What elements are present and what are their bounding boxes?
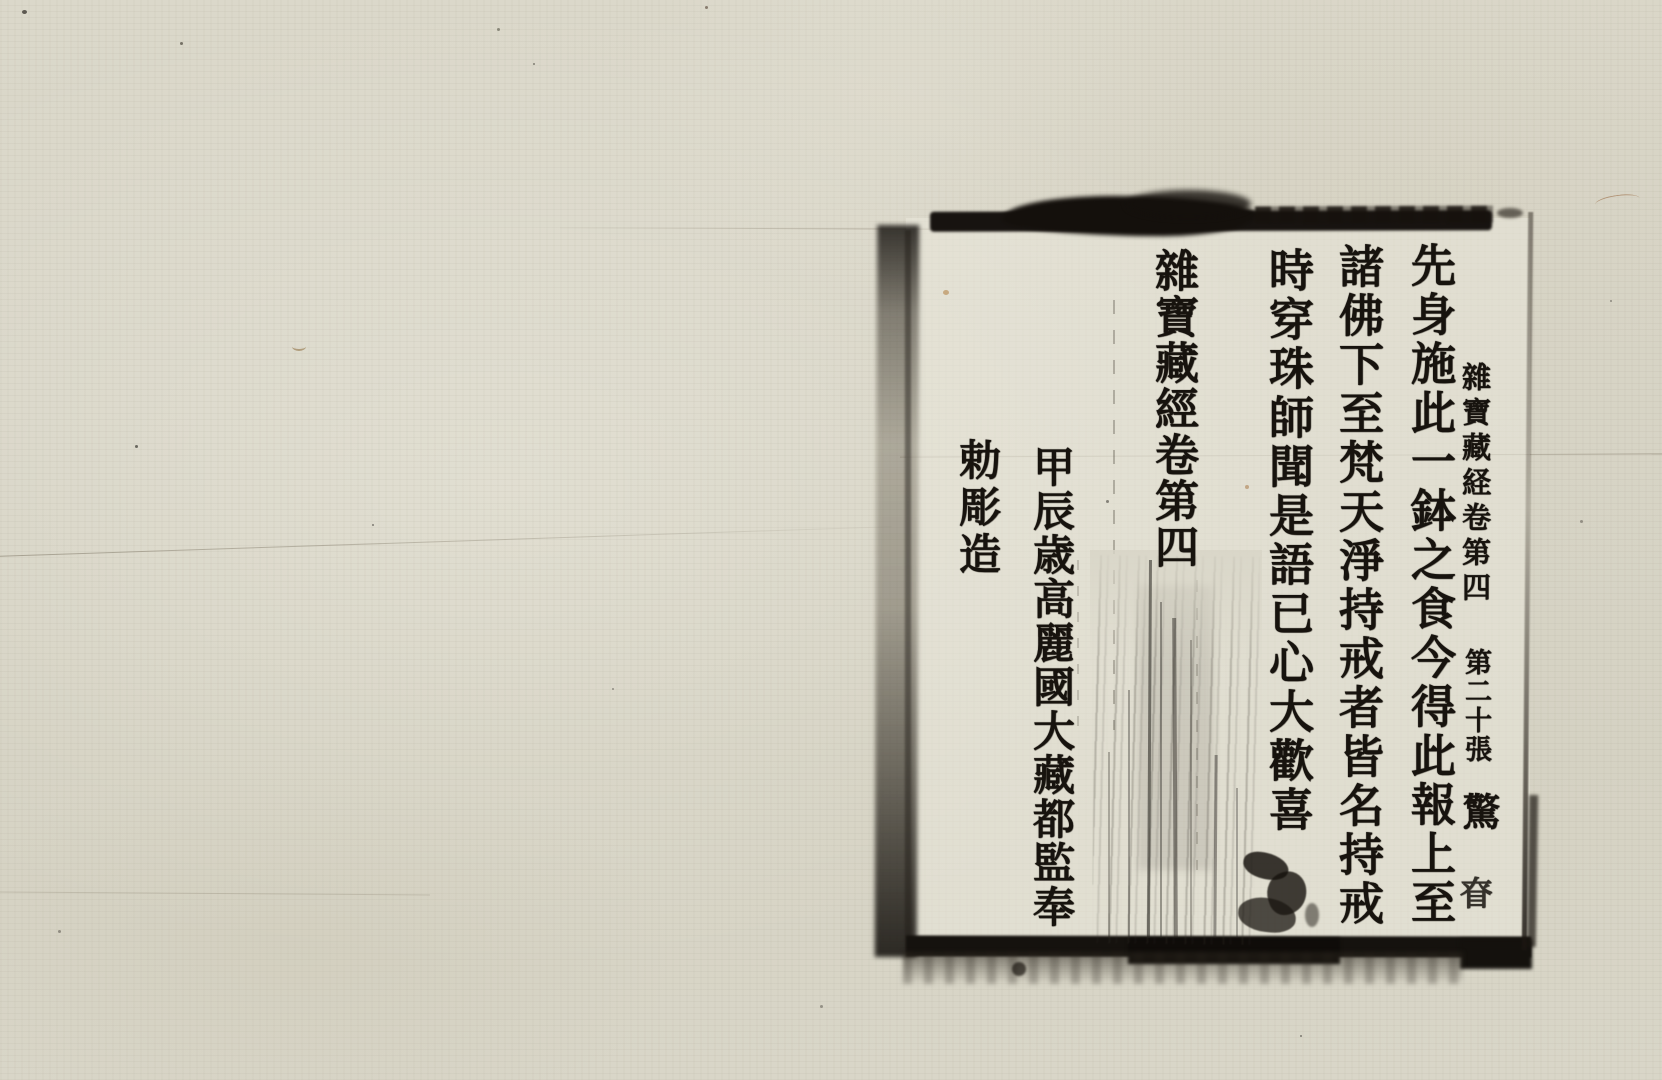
paper-speck	[135, 445, 138, 448]
paper-speck	[22, 10, 27, 14]
top-border-smudge	[1497, 208, 1523, 218]
left-border-smudge	[875, 225, 920, 957]
margin-sheet-number: 第二十張	[1456, 648, 1495, 764]
paper-speck	[180, 42, 183, 45]
paper-speck	[533, 63, 535, 65]
paper-speck	[1106, 500, 1109, 503]
paper-speck	[1300, 1035, 1302, 1037]
paper-speck	[372, 524, 374, 526]
left-border-smudge	[905, 230, 911, 952]
top-border-smudge	[1126, 190, 1251, 218]
ink-blob	[1305, 903, 1319, 927]
margin-collation-mark: 眘	[1451, 876, 1498, 909]
text-column-3: 時穿珠師聞是語已心大歡喜	[1255, 247, 1320, 835]
ink-streak	[1108, 752, 1110, 938]
paper-speck	[1580, 520, 1583, 523]
paper-speck	[820, 1005, 823, 1008]
ink-streak	[1128, 690, 1130, 938]
colophon-date-column: 甲辰歳高麗國大藏都監奉	[1021, 445, 1081, 929]
top-border-smudge	[1255, 206, 1493, 224]
bottom-border-fuzz	[903, 952, 1463, 984]
ink-streak	[1160, 602, 1162, 938]
bottom-border-fuzz	[1012, 962, 1026, 976]
paper-speck	[497, 28, 500, 31]
margin-title: 雜寶藏経卷第四	[1455, 362, 1496, 607]
paper-speck	[58, 930, 61, 933]
paper-speck	[1245, 485, 1249, 489]
end-title-column: 雜寶藏經卷第四	[1140, 248, 1204, 570]
text-column-2: 諸佛下至梵天淨持戒者皆名持戒	[1325, 243, 1390, 929]
paper-speck	[705, 6, 708, 9]
paper-speck	[1610, 300, 1612, 302]
ink-streak	[1190, 640, 1192, 938]
paper-fiber	[292, 342, 306, 351]
paper-speck	[612, 688, 614, 690]
margin-case-character: 驚	[1451, 792, 1506, 830]
scanned-document-page: { "sutra": { "body_columns": [ "先身施此一鉢之食…	[0, 0, 1662, 1080]
paper-speck	[943, 290, 949, 295]
colophon-edict-column: 勅彫造	[947, 438, 1007, 579]
